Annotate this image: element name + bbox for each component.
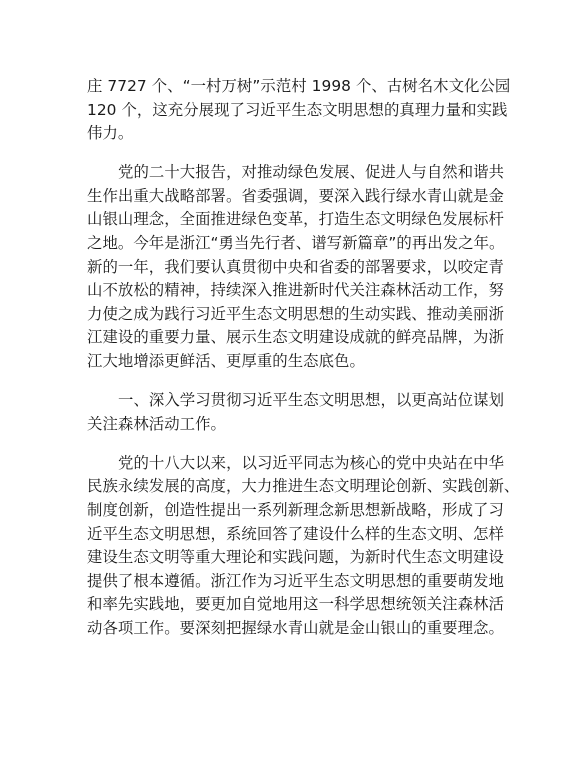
text-line: 制度创新，创造性提出一系列新理念新思想新战略，形成了习 — [87, 499, 507, 523]
text-line: 120 个，这充分展现了习近平生态文明思想的真理力量和实践 — [87, 99, 507, 123]
text-line: 生作出重大战略部署。省委强调，要深入践行绿水青山就是金 — [87, 185, 507, 209]
text-line: 党的二十大报告，对推动绿色发展、促进人与自然和谐共 — [87, 161, 507, 185]
text-line: 动各项工作。要深刻把握绿水青山就是金山银山的重要理念。 — [87, 617, 507, 641]
text-line: 庄 7727 个、“一村万树”示范村 1998 个、古树名木文化公园 — [87, 75, 507, 99]
paragraph-3: 党的十八大以来，以习近平同志为核心的党中央站在中华 民族永续发展的高度，大力推进… — [87, 452, 507, 641]
text-line: 新的一年，我们要认真贯彻中央和省委的部署要求，以咬定青 — [87, 256, 507, 280]
text-line: 江建设的重要力量、展示生态文明建设成就的鲜亮品牌，为浙 — [87, 326, 507, 350]
text-line: 建设生态文明等重大理论和实践问题，为新时代生态文明建设 — [87, 546, 507, 570]
text-line: 一、深入学习贯彻习近平生态文明思想，以更高站位谋划 — [87, 389, 507, 413]
paragraph-2: 党的二十大报告，对推动绿色发展、促进人与自然和谐共 生作出重大战略部署。省委强调… — [87, 161, 507, 373]
text-line: 党的十八大以来，以习近平同志为核心的党中央站在中华 — [87, 452, 507, 476]
text-line: 民族永续发展的高度，大力推进生态文明理论创新、实践创新、 — [87, 475, 507, 499]
text-line: 山银山理念，全面推进绿色变革，打造生态文明绿色发展标杆 — [87, 208, 507, 232]
text-line: 之地。今年是浙江“勇当先行者、谱写新篇章”的再出发之年。 — [87, 232, 507, 256]
text-line: 关注森林活动工作。 — [87, 413, 507, 437]
text-line: 江大地增添更鲜活、更厚重的生态底色。 — [87, 350, 507, 374]
text-line: 和率先实践地，要更加自觉地用这一科学思想统领关注森林活 — [87, 593, 507, 617]
document-page: 庄 7727 个、“一村万树”示范村 1998 个、古树名木文化公园 120 个… — [87, 75, 507, 656]
text-line: 山不放松的精神，持续深入推进新时代关注森林活动工作，努 — [87, 279, 507, 303]
text-line: 力使之成为践行习近平生态文明思想的生动实践、推动美丽浙 — [87, 303, 507, 327]
text-line: 近平生态文明思想，系统回答了建设什么样的生态文明、怎样 — [87, 523, 507, 547]
paragraph-1: 庄 7727 个、“一村万树”示范村 1998 个、古树名木文化公园 120 个… — [87, 75, 507, 146]
text-line: 提供了根本遵循。浙江作为习近平生态文明思想的重要萌发地 — [87, 570, 507, 594]
text-line: 伟力。 — [87, 122, 507, 146]
section-heading-1: 一、深入学习贯彻习近平生态文明思想，以更高站位谋划 关注森林活动工作。 — [87, 389, 507, 436]
